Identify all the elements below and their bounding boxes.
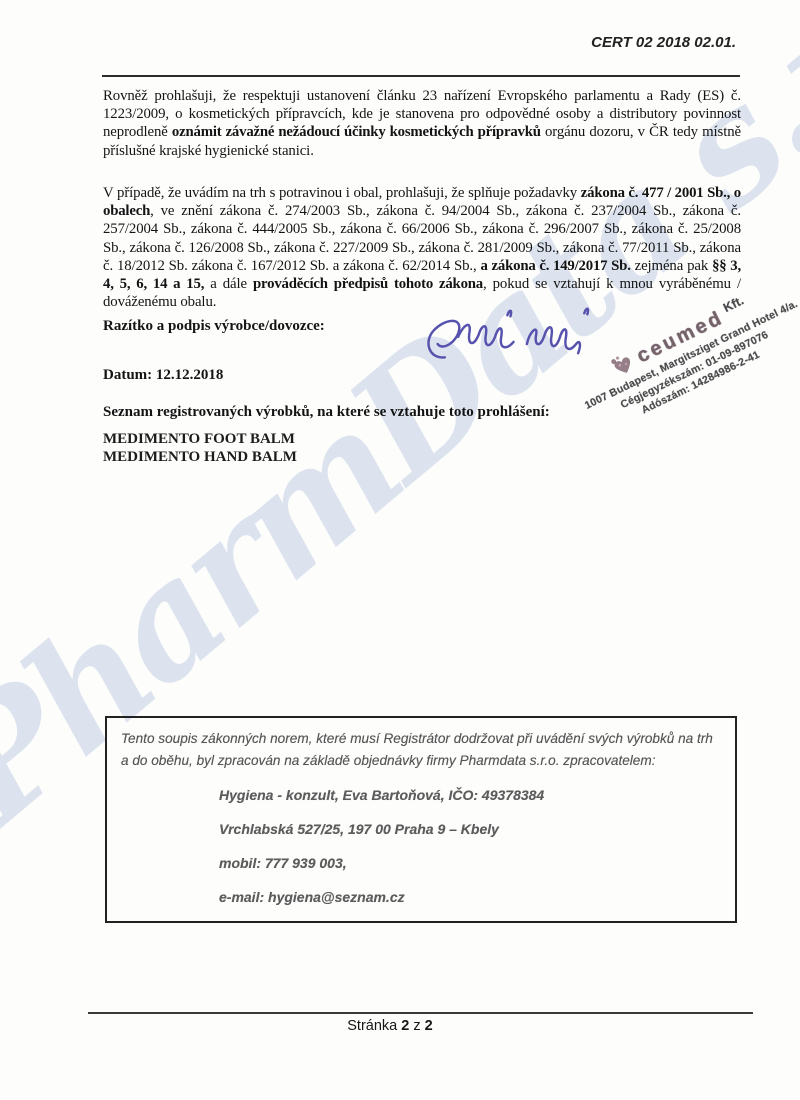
top-divider [102,75,740,77]
product-item: MEDIMENTO HAND BALM [103,448,297,466]
document-code: CERT 02 2018 02.01. [591,34,736,51]
paragraph-cosmetics-declaration: Rovněž prohlašuji, že respektuji ustanov… [103,87,741,160]
scanned-document-page: PharmData s.r.o. CERT 02 2018 02.01. Rov… [0,0,800,1100]
paragraph-packaging-declaration: V případě, že uvádím na trh s potravinou… [103,184,741,311]
product-item: MEDIMENTO FOOT BALM [103,430,297,448]
processor-email-line: e-mail: hygiena@seznam.cz [219,889,735,905]
product-list: MEDIMENTO FOOT BALM MEDIMENTO HAND BALM [103,430,297,466]
processor-name-line: Hygiena - konzult, Eva Bartoňová, IČO: 4… [219,787,735,803]
processor-phone-line: mobil: 777 939 003, [219,855,735,871]
processor-address-line: Vrchlabská 527/25, 197 00 Praha 9 – Kbel… [219,821,735,837]
processor-info-box: Tento soupis zákonných norem, které musí… [105,716,737,923]
product-list-heading: Seznam registrovaných výrobků, na které … [103,404,550,421]
info-box-intro: Tento soupis zákonných norem, které musí… [121,728,721,772]
footer-divider [88,1012,753,1014]
date-label: Datum: 12.12.2018 [103,367,223,384]
stamp-signature-label: Razítko a podpis výrobce/dovozce: [103,318,325,335]
page-number: Stránka 2 z 2 [0,1018,780,1034]
handwritten-signature [420,304,605,384]
